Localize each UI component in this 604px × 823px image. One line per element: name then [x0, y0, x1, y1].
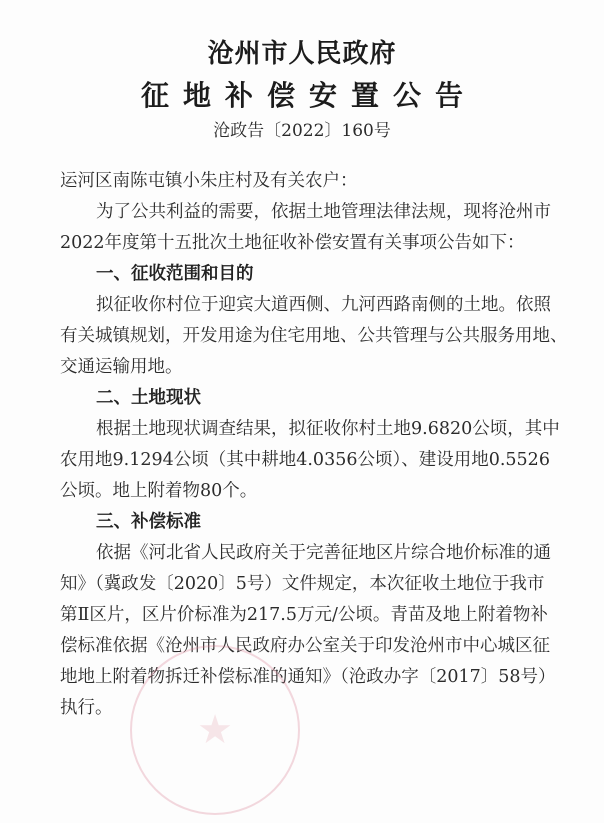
section-paragraph-line: 偿标准依据《沧州市人民政府办公室关于印发沧州市中心城区征	[60, 631, 560, 662]
section-paragraph-line: 交通运输用地。	[60, 352, 560, 383]
section-paragraph-line: 拟征收你村位于迎宾大道西侧、九河西路南侧的土地。依照	[60, 290, 560, 321]
issuer-title: 沧州市人民政府	[0, 33, 604, 70]
section-paragraph-line: 农用地9.1294公顷（其中耕地4.0356公顷）、建设用地0.5526	[60, 445, 560, 476]
section-heading-scope: 一、征收范围和目的	[60, 259, 560, 290]
section-paragraph-line: 根据土地现状调查结果，拟征收你村土地9.6820公顷，其中	[60, 414, 560, 445]
section-paragraph-line: 第Ⅱ区片，区片价标准为217.5万元/公顷。青苗及地上附着物补	[60, 600, 560, 631]
section-paragraph-line: 有关城镇规划，开发用途为住宅用地、公共管理与公共服务用地、	[60, 321, 560, 352]
section-heading-compensation: 三、补偿标准	[60, 507, 560, 538]
addressee: 运河区南陈屯镇小朱庄村及有关农户：	[60, 166, 560, 197]
section-paragraph-line: 知》（冀政发〔2020〕5号）文件规定，本次征收土地位于我市	[60, 569, 560, 600]
document-number: 沧政告〔2022〕160号	[0, 116, 604, 141]
section-paragraph-line: 执行。	[60, 693, 560, 724]
document-body: 运河区南陈屯镇小朱庄村及有关农户： 为了公共利益的需要，依据土地管理法律法规，现…	[60, 166, 560, 724]
intro-line: 为了公共利益的需要，依据土地管理法律法规，现将沧州市	[60, 197, 560, 228]
notice-title: 征地补偿安置公告	[0, 74, 604, 114]
section-heading-land-status: 二、土地现状	[60, 383, 560, 414]
section-paragraph-line: 地地上附着物拆迁补偿标准的通知》（沧政办字〔2017〕58号）	[60, 662, 560, 693]
section-paragraph-line: 依据《河北省人民政府关于完善征地区片综合地价标准的通	[60, 538, 560, 569]
section-paragraph-line: 公顷。地上附着物80个。	[60, 476, 560, 507]
intro-line: 2022年度第十五批次土地征收补偿安置有关事项公告如下：	[60, 228, 560, 259]
document-page: 沧州市人民政府 征地补偿安置公告 沧政告〔2022〕160号 运河区南陈屯镇小朱…	[0, 0, 604, 823]
